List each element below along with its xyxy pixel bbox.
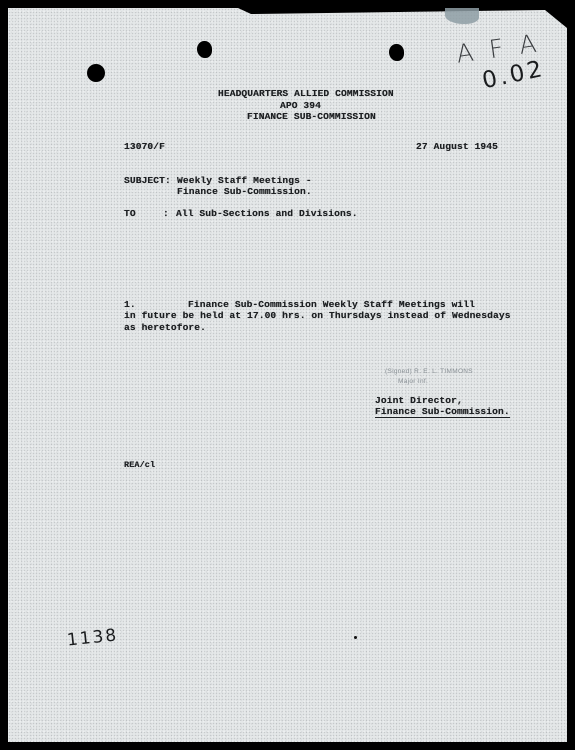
punch-hole (389, 44, 404, 61)
subject-line2: Finance Sub-Commission. (177, 186, 312, 197)
speck-mark (354, 636, 357, 639)
stain-mark (445, 8, 479, 24)
body-line2: in future be held at 17.00 hrs. on Thurs… (124, 310, 511, 321)
reference-number: 13070/F (124, 141, 165, 152)
letterhead-line2: APO 394 (280, 100, 321, 111)
to-label: TO (124, 208, 136, 219)
body-line1: Finance Sub-Commission Weekly Staff Meet… (188, 299, 475, 310)
letterhead-line1: HEADQUARTERS ALLIED COMMISSION (218, 88, 394, 99)
to-separator: : (163, 208, 169, 219)
subject-line1: Weekly Staff Meetings - (177, 175, 312, 186)
paragraph-number: 1. (124, 299, 136, 310)
punch-hole (197, 41, 212, 58)
signature-stamp-rank: Major Inf. (398, 378, 428, 385)
body-line3: as heretofore. (124, 322, 206, 333)
subject-label: SUBJECT: (124, 175, 171, 186)
typist-initials: REA/cl (124, 460, 155, 470)
signature-stamp-name: (Signed) R. E. L. TIMMONS (385, 368, 473, 375)
signatory-title: Joint Director, (375, 395, 463, 406)
to-recipients: All Sub-Sections and Divisions. (176, 208, 358, 219)
punch-hole (87, 64, 105, 82)
document-date: 27 August 1945 (416, 141, 498, 152)
signatory-organization: Finance Sub-Commission. (375, 406, 510, 418)
letterhead-line3: FINANCE SUB-COMMISSION (247, 111, 376, 122)
